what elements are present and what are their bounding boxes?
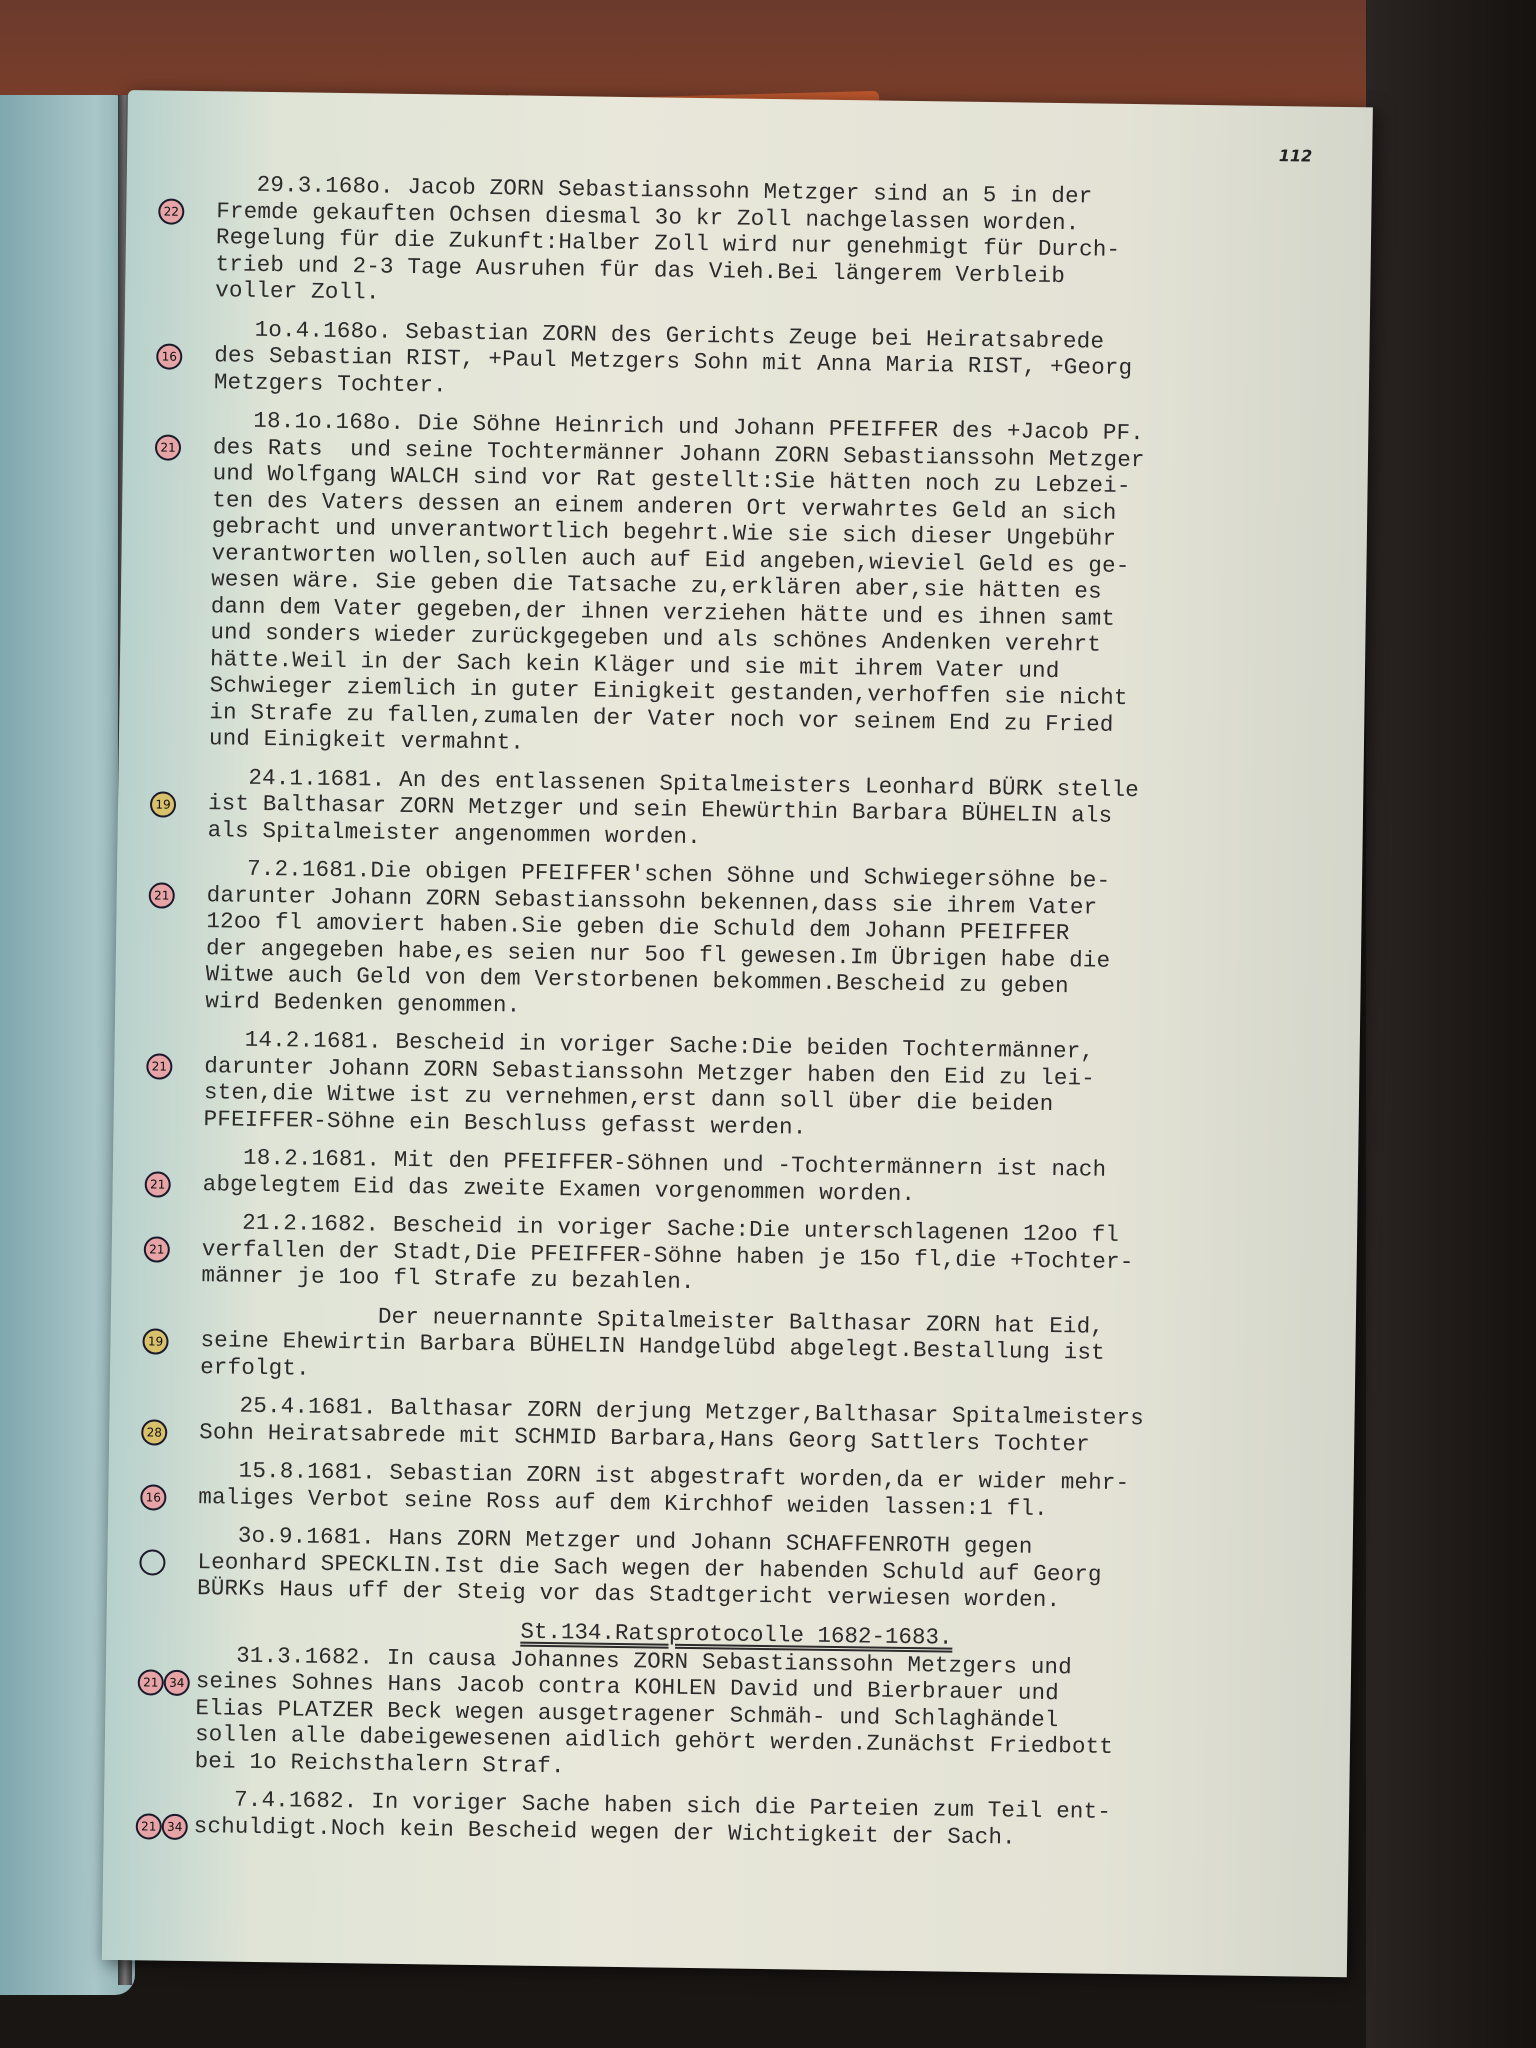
margin-marker xyxy=(139,1549,165,1575)
document-page: 112 2229.3.168o. Jacob ZORN Sebastiansso… xyxy=(102,90,1373,1977)
reference-circle-icon: 28 xyxy=(141,1419,167,1445)
entries-list: 2229.3.168o. Jacob ZORN Sebastianssohn M… xyxy=(193,171,1296,1866)
entry: 21347.4.1682. In voriger Sache haben sic… xyxy=(194,1786,1275,1854)
entry: 2121.2.1682. Bescheid in voriger Sache:D… xyxy=(201,1209,1282,1304)
margin-marker: 21 xyxy=(144,1236,170,1262)
margin-marker: 21 xyxy=(155,434,181,460)
margin-marker: 21 xyxy=(145,1171,171,1197)
margin-marker: 28 xyxy=(141,1419,167,1445)
reference-circle-icon: 21 xyxy=(144,1236,170,1262)
reference-circle-icon: 21 xyxy=(149,882,175,908)
entry: 2229.3.168o. Jacob ZORN Sebastianssohn M… xyxy=(215,171,1297,319)
margin-marker: 2134 xyxy=(136,1813,188,1840)
margin-marker: 16 xyxy=(156,343,182,369)
margin-marker: 16 xyxy=(140,1484,166,1510)
entry: 1924.1.1681. An des entlassenen Spitalme… xyxy=(207,764,1288,859)
reference-circle-icon: 34 xyxy=(164,1669,190,1695)
entry: 2118.2.1681. Mit den PFEIFFER-Söhnen und… xyxy=(203,1144,1284,1212)
entry: 217.2.1681.Die obigen PFEIFFER'schen Söh… xyxy=(205,855,1287,1029)
reference-circle-icon: 22 xyxy=(158,198,184,224)
entry: 161o.4.168o. Sebastian ZORN des Gerichts… xyxy=(214,316,1295,411)
reference-circle-icon: 21 xyxy=(155,434,181,460)
reference-circle-icon: 21 xyxy=(145,1171,171,1197)
margin-marker: 19 xyxy=(150,791,176,817)
reference-circle-icon: 21 xyxy=(138,1669,164,1695)
background-right xyxy=(1366,0,1536,2048)
margin-marker: 22 xyxy=(158,198,184,224)
reference-circle-icon: 21 xyxy=(136,1813,162,1839)
margin-marker: 21 xyxy=(146,1053,172,1079)
entry: 19 Der neuernannte Spitalmeister Balthas… xyxy=(200,1301,1281,1396)
entry: 2825.4.1681. Balthasar ZORN derjung Metz… xyxy=(199,1392,1280,1460)
reference-circle-icon: 19 xyxy=(142,1328,168,1354)
entry: 3o.9.1681. Hans ZORN Metzger und Johann … xyxy=(197,1522,1278,1617)
reference-circle-icon: 34 xyxy=(162,1814,188,1840)
margin-marker: 21 xyxy=(149,882,175,908)
reference-circle-icon: 16 xyxy=(140,1484,166,1510)
reference-circle-icon xyxy=(139,1549,165,1575)
entry: 1615.8.1681. Sebastian ZORN ist abgestra… xyxy=(198,1457,1279,1525)
entry: 213431.3.1682. In causa Johannes ZORN Se… xyxy=(194,1642,1276,1790)
reference-circle-icon: 19 xyxy=(150,791,176,817)
reference-circle-icon: 21 xyxy=(146,1053,172,1079)
entry: 2114.2.1681. Bescheid in voriger Sache:D… xyxy=(203,1026,1284,1147)
page-number: 112 xyxy=(1279,146,1313,165)
reference-circle-icon: 16 xyxy=(156,343,182,369)
margin-marker: 19 xyxy=(142,1328,168,1354)
entry: 2118.1o.168o. Die Söhne Heinrich und Joh… xyxy=(209,407,1294,767)
margin-marker: 2134 xyxy=(138,1669,190,1696)
